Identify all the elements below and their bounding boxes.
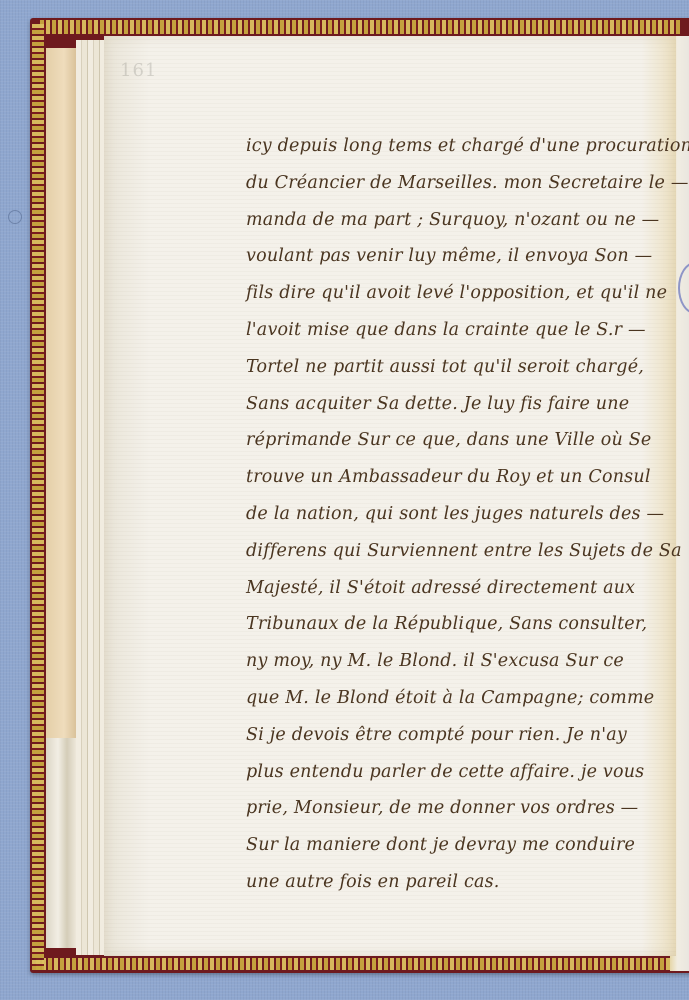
manuscript-text: icy depuis long tems et chargé d'une pro… — [246, 128, 676, 901]
text-line: du Créancier de Marseilles. mon Secretai… — [246, 165, 676, 202]
page-leaf-edges — [76, 40, 106, 955]
text-line: Sans acquiter Sa dette. Je luy fis faire… — [246, 386, 676, 423]
text-line: que M. le Blond étoit à la Campagne; com… — [246, 680, 676, 717]
folio-number: 161 — [120, 60, 157, 81]
text-line: l'avoit mise que dans la crainte que le … — [246, 312, 676, 349]
text-line: une autre fois en pareil cas. — [246, 864, 676, 901]
text-line: plus entendu parler de cette affaire. je… — [246, 754, 676, 791]
binding-stub-lower — [46, 738, 76, 948]
text-line: Sur la maniere dont je devray me conduir… — [246, 827, 676, 864]
text-line: Si je devois être compté pour rien. Je n… — [246, 717, 676, 754]
text-line: manda de ma part ; Surquoy, n'ozant ou n… — [246, 202, 676, 239]
binding-stub — [46, 48, 76, 738]
text-line: de la nation, qui sont les juges naturel… — [246, 496, 676, 533]
text-line: réprimande Sur ce que, dans une Ville où… — [246, 422, 676, 459]
text-line: icy depuis long tems et chargé d'une pro… — [246, 128, 676, 165]
text-line: prie, Monsieur, de me donner vos ordres … — [246, 790, 676, 827]
text-line: Tortel ne partit aussi tot qu'il seroit … — [246, 349, 676, 386]
gilt-border-bottom — [36, 958, 686, 970]
text-line: fils dire qu'il avoit levé l'opposition,… — [246, 275, 676, 312]
text-line: trouve un Ambassadeur du Roy et un Consu… — [246, 459, 676, 496]
text-line: voulant pas venir luy même, il envoya So… — [246, 238, 676, 275]
gilt-border-top — [40, 20, 680, 34]
gilt-border-left — [32, 24, 44, 970]
text-line: ny moy, ny M. le Blond. il S'excusa Sur … — [246, 643, 676, 680]
text-line: Tribunaux de la République, Sans consult… — [246, 606, 676, 643]
text-line: Majesté, il S'étoit adressé directement … — [246, 570, 676, 607]
text-line: differens qui Surviennent entre les Suje… — [246, 533, 676, 570]
cloth-mark — [8, 210, 22, 224]
